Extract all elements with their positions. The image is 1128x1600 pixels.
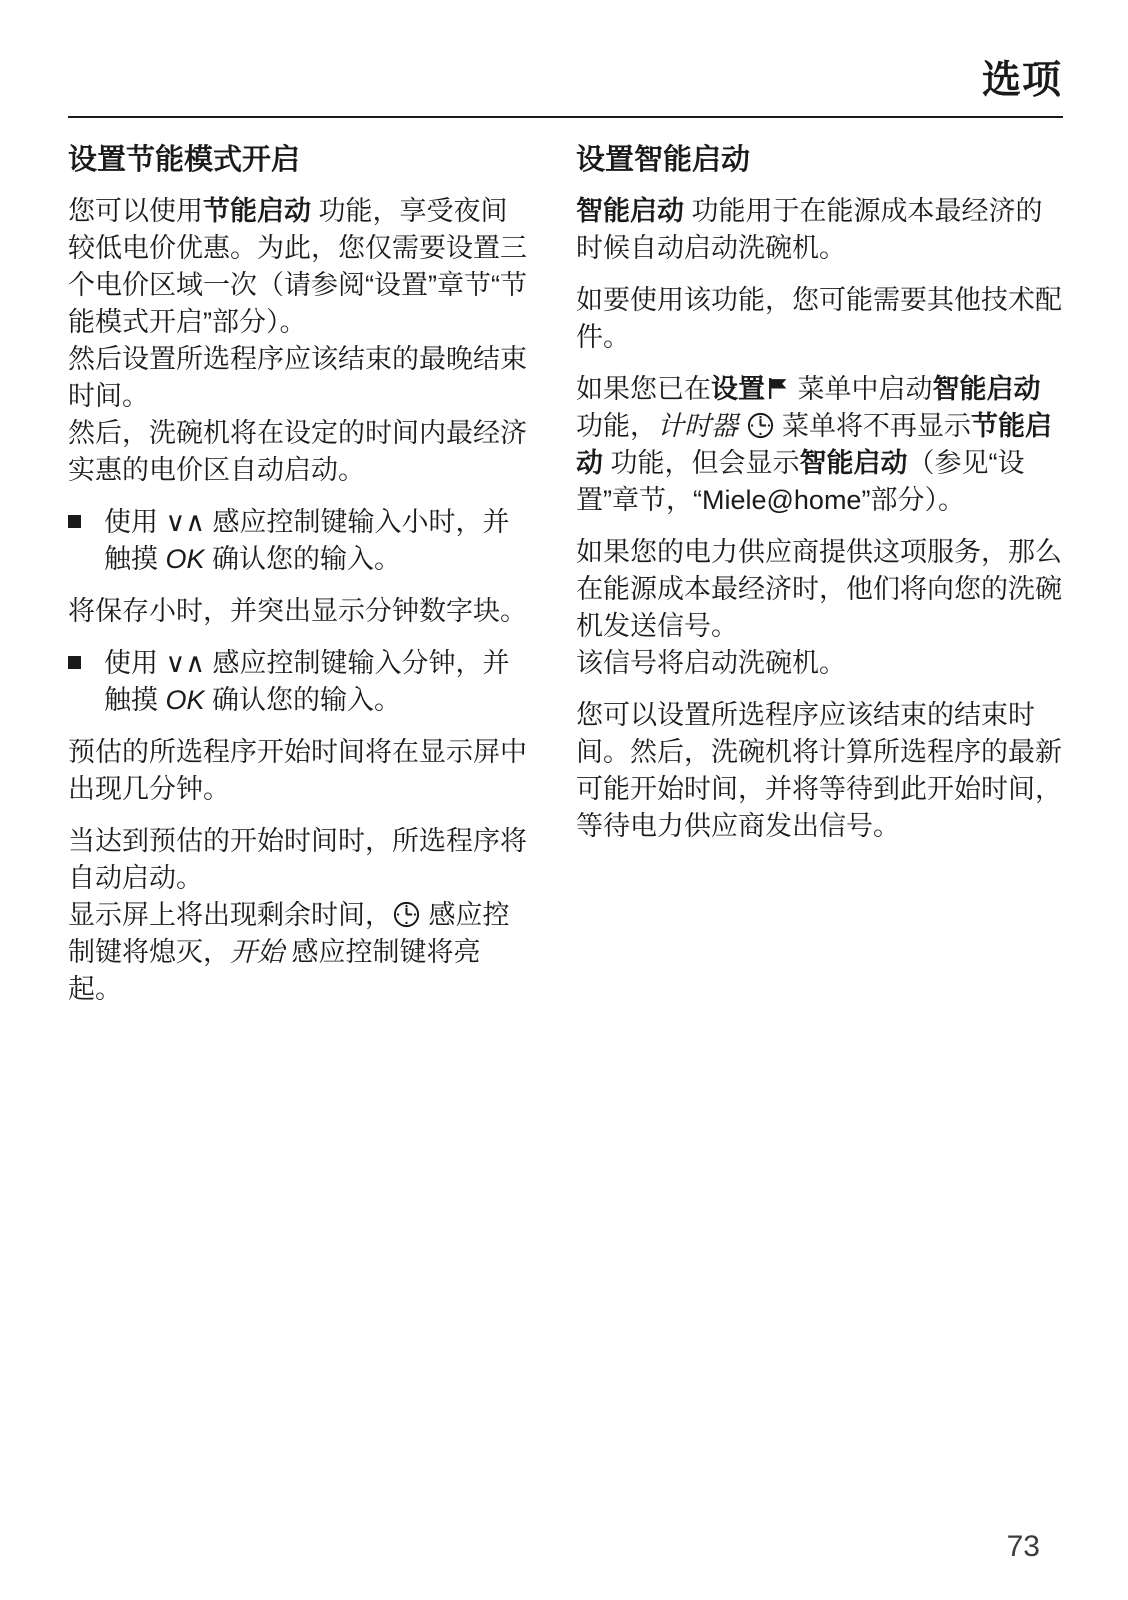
text-run: 然后设置所选程序应该结束的最晚结束时间。 [68, 344, 527, 411]
bullet-square-icon [68, 504, 104, 578]
column-right: 设置智能启动智能启动 功能用于在能源成本最经济的时候自动启动洗碗机。如要使用该功… [576, 141, 1064, 1023]
bullet-item: 使用 ∨∧ 感应控制键输入分钟，并触摸 OK 确认您的输入。 [68, 645, 528, 719]
manual-page: 选项 设置节能模式开启您可以使用节能启动 功能，享受夜间较低电价优惠。为此，您仅… [0, 0, 1128, 1600]
timer-clock-icon [746, 411, 775, 440]
bullet-square-icon [68, 645, 104, 719]
paragraph: 将保存小时，并突出显示分钟数字块。 [68, 593, 528, 630]
text-run: 确认您的输入。 [205, 544, 402, 574]
text-run: 将保存小时，并突出显示分钟数字块。 [68, 596, 527, 626]
page-title: 选项 [982, 58, 1062, 104]
text-run: 如果您的电力供应商提供这项服务，那么在能源成本最经济时，他们将向您的洗碗机发送信… [576, 537, 1062, 641]
text-run: OK [166, 544, 205, 574]
text-run: 菜单中启动 [790, 374, 933, 404]
column-left: 设置节能模式开启您可以使用节能启动 功能，享受夜间较低电价优惠。为此，您仅需要设… [68, 141, 528, 1023]
timer-clock-icon [392, 900, 421, 929]
text-run: 您可以使用 [68, 196, 203, 226]
paragraph: 预估的所选程序开始时间将在显示屏中出现几分钟。 [68, 734, 528, 808]
text-run: 如果您已在 [576, 374, 711, 404]
header-rule [68, 116, 1063, 118]
text-run: 开始 [230, 937, 284, 967]
content-columns: 设置节能模式开启您可以使用节能启动 功能，享受夜间较低电价优惠。为此，您仅需要设… [68, 141, 1064, 1023]
text-run: 该信号将启动洗碗机。 [576, 648, 846, 678]
paragraph: 当达到预估的开始时间时，所选程序将自动启动。显示屏上将出现剩余时间， 感应控制键… [68, 823, 528, 1008]
text-run: 当达到预估的开始时间时，所选程序将自动启动。 [68, 826, 527, 893]
bullet-text: 使用 ∨∧ 感应控制键输入小时，并触摸 OK 确认您的输入。 [104, 504, 528, 578]
text-run: 计时器 [657, 411, 738, 441]
text-run: OK [166, 685, 205, 715]
bullet-item: 使用 ∨∧ 感应控制键输入小时，并触摸 OK 确认您的输入。 [68, 504, 528, 578]
text-run: 节能启动 [203, 196, 311, 226]
bullet-text: 使用 ∨∧ 感应控制键输入分钟，并触摸 OK 确认您的输入。 [104, 645, 528, 719]
paragraph: 您可以使用节能启动 功能，享受夜间较低电价优惠。为此，您仅需要设置三个电价区域一… [68, 193, 528, 489]
settings-flag-icon [765, 376, 790, 401]
text-run: 确认您的输入。 [205, 685, 402, 715]
section-heading: 设置节能模式开启 [68, 141, 528, 179]
text-run: 设置 [711, 374, 765, 404]
text-run: 菜单将不再显示 [775, 411, 972, 441]
paragraph: 如果您已在设置 菜单中启动智能启动 功能，计时器 菜单将不再显示节能启动 功能，… [576, 371, 1064, 519]
text-run [738, 411, 746, 441]
text-run: 然后，洗碗机将在设定的时间内最经济实惠的电价区自动启动。 [68, 418, 527, 485]
text-run: 智能启动 [800, 448, 908, 478]
text-run: 显示屏上将出现剩余时间， [68, 900, 392, 930]
paragraph: 如要使用该功能，您可能需要其他技术配件。 [576, 282, 1064, 356]
text-run: 智能启动 [576, 196, 684, 226]
text-run: 功能，但会显示 [603, 448, 800, 478]
text-run: 您可以设置所选程序应该结束的结束时间。然后，洗碗机将计算所选程序的最新可能开始时… [576, 700, 1062, 841]
paragraph: 如果您的电力供应商提供这项服务，那么在能源成本最经济时，他们将向您的洗碗机发送信… [576, 534, 1064, 682]
text-run: 如要使用该功能，您可能需要其他技术配件。 [576, 285, 1062, 352]
text-run: 智能启动 [933, 374, 1041, 404]
text-run: 预估的所选程序开始时间将在显示屏中出现几分钟。 [68, 737, 527, 804]
page-number: 73 [1007, 1530, 1040, 1564]
paragraph: 智能启动 功能用于在能源成本最经济的时候自动启动洗碗机。 [576, 193, 1064, 267]
section-heading: 设置智能启动 [576, 141, 1064, 179]
paragraph: 您可以设置所选程序应该结束的结束时间。然后，洗碗机将计算所选程序的最新可能开始时… [576, 697, 1064, 845]
text-run: 功能， [576, 411, 657, 441]
